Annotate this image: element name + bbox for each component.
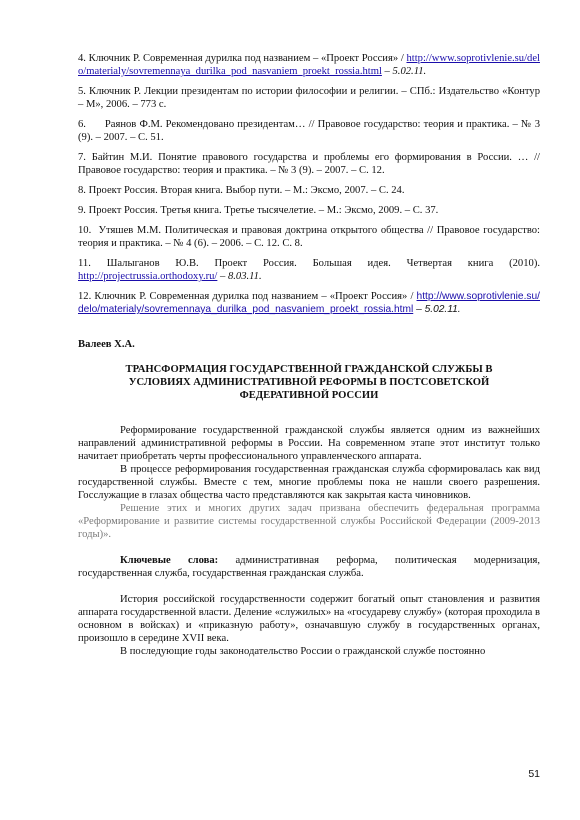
body-paragraph-2: В последующие годы законодательство Росс… (78, 645, 540, 658)
reference-10: 10. Утяшев М.М. Политическая и правовая … (78, 224, 540, 250)
reference-12: 12. Ключник Р. Современная дурилка под н… (78, 290, 540, 316)
keywords: Ключевые слова: административная реформа… (78, 554, 540, 580)
reference-4: 4. Ключник Р. Современная дурилка под на… (78, 52, 540, 78)
reference-9: 9. Проект Россия. Третья книга. Третье т… (78, 204, 540, 217)
abstract-paragraph-2: В процессе реформирования государственна… (78, 463, 540, 502)
reference-11-link[interactable]: http://projectrussia.orthodoxy.ru/ (78, 271, 217, 282)
keywords-label: Ключевые слова: (120, 555, 218, 566)
reference-11: 11. Шалыганов Ю.В. Проект Россия. Больша… (78, 257, 540, 283)
abstract-paragraph-3: Решение этих и многих других задач призв… (78, 502, 540, 541)
reference-8: 8. Проект Россия. Вторая книга. Выбор пу… (78, 184, 540, 197)
reference-7: 7. Байтин М.И. Понятие правового государ… (78, 151, 540, 177)
abstract-paragraph-1: Реформирование государственной гражданск… (78, 424, 540, 463)
body-paragraph-1: История российской государственности сод… (78, 593, 540, 645)
reference-5: 5. Ключник Р. Лекции президентам по исто… (78, 85, 540, 111)
reference-6: 6. Раянов Ф.М. Рекомендовано президентам… (78, 118, 540, 144)
document-page: 4. Ключник Р. Современная дурилка под на… (78, 52, 540, 658)
page-number: 51 (528, 768, 540, 780)
article-author: Валеев Х.А. (78, 338, 540, 351)
article-title: ТРАНСФОРМАЦИЯ ГОСУДАРСТВЕННОЙ ГРАЖДАНСКО… (96, 363, 522, 402)
